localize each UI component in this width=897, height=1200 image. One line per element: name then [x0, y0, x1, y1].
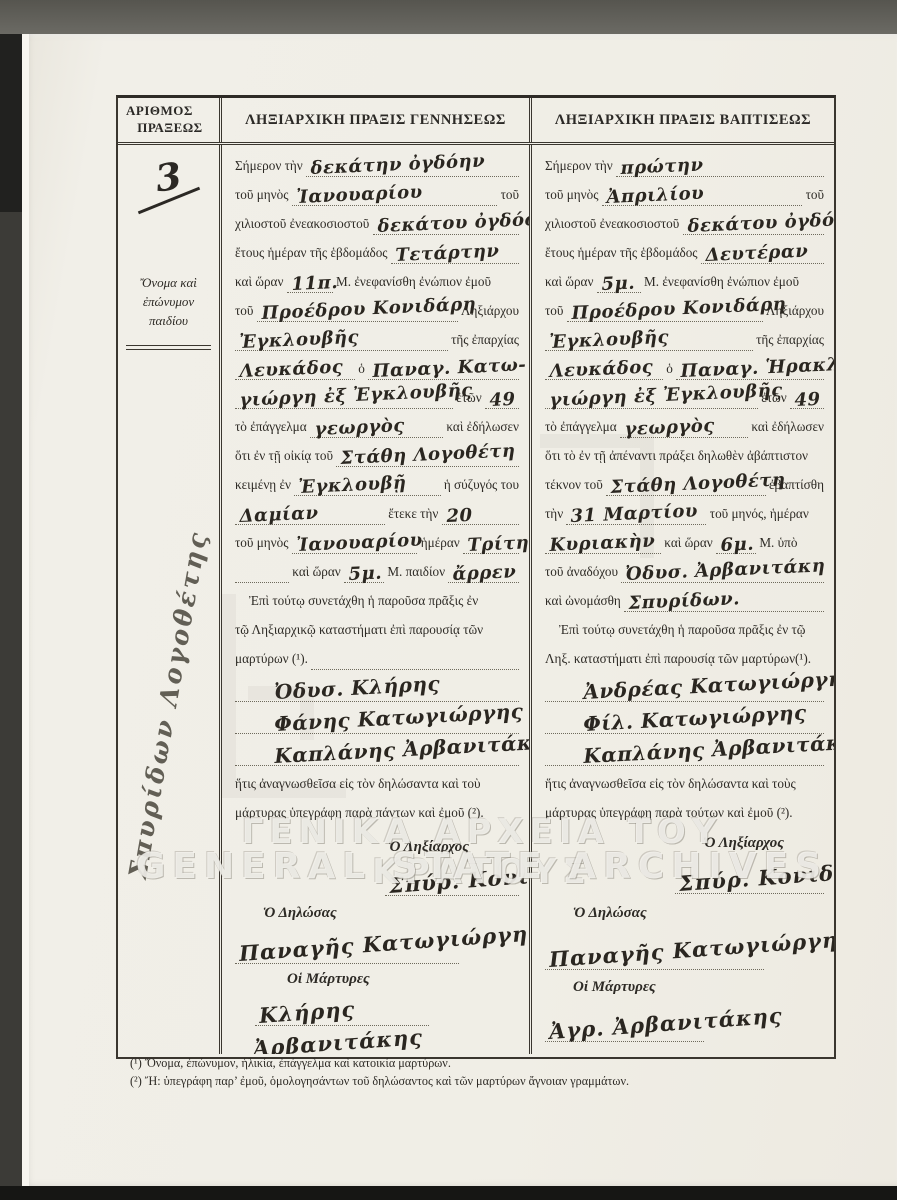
- form-line: Ἀνδρέας Κατωγιώργης: [545, 670, 824, 702]
- printed-text: ἔτους ἡμέραν τῆς ἑβδομάδος: [235, 246, 391, 264]
- handwriting: Κυριακὴν: [549, 530, 656, 556]
- handwriting: Ἀπριλίου: [606, 183, 704, 208]
- handwritten-entry: πρώτην: [616, 148, 824, 177]
- form-line: καὶ ὥραν 5μ. Μ. ἐνεφανίσθη ἐνώπιον ἐμοῦ: [545, 264, 824, 293]
- form-line: Ὁ Δηλώσας: [545, 894, 824, 926]
- handwriting: Παναγῆς Κατωγιώργης: [238, 920, 529, 966]
- form-line: τὸ ἐπάγγελμα γεωργὸς καὶ ἐδήλωσεν: [235, 409, 519, 438]
- printed-text: καὶ ἐδήλωσεν: [748, 420, 824, 438]
- handwritten-entry: 11π.: [287, 264, 333, 293]
- handwritten-entry: 49: [790, 380, 824, 409]
- printed-text: καὶ ὥραν: [235, 275, 287, 293]
- handwritten-entry: Ἐγκλουβῇ: [294, 467, 440, 496]
- printed-text: μάρτυρας ὑπεγράφη παρὰ τούτων καὶ ἐμοῦ (…: [545, 806, 793, 824]
- printed-text: τῆς ἐπαρχίας: [448, 333, 519, 351]
- form-line: Οἱ Μάρτυρες: [235, 964, 519, 992]
- form-line: Ὁ Ληξίαρχος: [545, 824, 824, 856]
- form-line: Ὁ Δηλώσας: [235, 896, 519, 926]
- form-line: Λευκάδος ὁ Παναγ. Ἡρακλῆ Κατω-: [545, 351, 824, 380]
- handwriting: 5μ.: [601, 273, 635, 295]
- handwritten-entry: Κυριακὴν: [545, 525, 661, 554]
- form-line: τοῦ μηνὸς Ἰανουαρίου τοῦ: [235, 177, 519, 206]
- handwritten-entry: 5μ.: [597, 264, 641, 293]
- form-line: Παναγῆς Κατωγιώργης: [545, 926, 824, 970]
- handwritten-entry: Ἀπριλίου: [602, 177, 803, 206]
- form-line: χιλιοστοῦ ἐνεακοσιοστοῦ δεκάτου ὀγδόου: [545, 206, 824, 235]
- handwritten-entry: Ἰανουαρίου: [292, 525, 418, 554]
- handwriting: Δευτέραν: [705, 241, 809, 266]
- form-line: τοῦ ἀναδόχου Ὀδυσ. Ἀρβανιτάκη: [545, 554, 824, 583]
- handwritten-entry: γιώργη ἐξ Ἐγκλουβῆς: [545, 380, 758, 409]
- blank-dotted-line: [545, 1042, 714, 1054]
- form-line: τοῦ Προέδρου Κονιδάρη Ληξιάρχου: [235, 293, 519, 322]
- handwriting: δεκάτου ὀγδόου: [687, 208, 834, 237]
- form-line: χιλιοστοῦ ἐνεακοσιοστοῦ δεκάτου ὀγδόου: [235, 206, 519, 235]
- form-line: καὶ ὥραν 5μ. Μ. παιδίον ἄρρεν: [235, 554, 519, 583]
- handwriting: γεωργὸς: [314, 415, 405, 440]
- handwritten-entry: Κλήρης: [255, 992, 429, 1026]
- printed-text: τοῦ ἀναδόχου: [545, 565, 621, 583]
- child-name-label: Ὄνομα καὶ ἐπώνυμον παιδίου: [118, 274, 219, 331]
- printed-text: καὶ ὠνομάσθη: [545, 594, 624, 612]
- handwriting: Ἐγκλουβῆς: [239, 327, 359, 353]
- form-line: τὸ ἐπάγγελμα γεωργὸς καὶ ἐδήλωσεν: [545, 409, 824, 438]
- handwritten-entry: 20: [442, 496, 519, 525]
- baptism-act-column: Σήμερον τὴν πρώτηντοῦ μηνὸς Ἀπριλίου τοῦ…: [529, 145, 834, 1054]
- blank-dotted-line: [235, 554, 289, 583]
- handwritten-entry: Προέδρου Κονιδάρη: [567, 293, 764, 322]
- handwritten-entry: 31 Μαρτίου: [566, 496, 706, 525]
- handwritten-entry: Φίλ. Κατωγιώργης: [545, 702, 824, 734]
- handwritten-entry: Τετάρτην: [391, 235, 519, 264]
- handwritten-entry: Ἀγρ. Ἀρβανιτάκης: [545, 1000, 704, 1042]
- form-line: Λευκάδος ὁ Παναγ. Κατω-: [235, 351, 519, 380]
- handwriting: Ἀνδρέας Κατωγιώργης: [583, 666, 834, 704]
- act-number-header: ΑΡΙΘΜΟΣ ΠΡΑΞΕΩΣ: [118, 98, 219, 142]
- handwriting: Φίλ. Κατωγιώργης: [583, 700, 807, 736]
- form-line: ἔτους ἡμέραν τῆς ἑβδομάδος Δευτέραν: [545, 235, 824, 264]
- form-line: καὶ ὠνομάσθη Σπυρίδων.: [545, 583, 824, 612]
- printed-text: τοῦ μηνὸς: [235, 536, 292, 554]
- printed-text: ἡ σύζυγός του: [441, 478, 519, 496]
- printed-text: ἥτις ἀναγνωσθεῖσα εἰς τὸν δηλώσαντα καὶ …: [545, 777, 796, 795]
- printed-text: τοῦ μηνὸς: [235, 188, 292, 206]
- form-line: Ληξ. καταστήματι ἐπὶ παρουσίᾳ τῶν μαρτύρ…: [545, 641, 824, 670]
- printed-text: τοῦ: [802, 188, 824, 206]
- handwriting: Προέδρου Κονιδάρη: [571, 294, 787, 324]
- handwritten-entry: Φάνης Κατωγιώργης: [235, 702, 519, 734]
- printed-text: Σήμερον τὴν: [545, 159, 616, 177]
- handwriting: Στάθη Λογοθέτη: [340, 440, 516, 469]
- printed-text: τοῦ: [497, 188, 519, 206]
- form-line: Ἀγρ. Ἀρβανιτάκης: [545, 1000, 824, 1042]
- form-line: Σήμερον τὴν πρώτην: [545, 148, 824, 177]
- birth-act-column: Σήμερον τὴν δεκάτην ὀγδόηντοῦ μηνὸς Ἰανο…: [219, 145, 529, 1054]
- handwritten-entry: δεκάτην ὀγδόην: [306, 148, 519, 177]
- handwritten-entry: Παναγῆς Κατωγιώργης: [545, 926, 764, 970]
- printed-text: ἥτις ἀναγνωσθεῖσα εἰς τὸν δηλώσαντα καὶ …: [235, 777, 480, 795]
- handwritten-entry: Σπυρίδων.: [624, 583, 824, 612]
- handwritten-entry: Παναγ. Κατω-: [368, 351, 519, 380]
- handwriting: Φάνης Κατωγιώργης: [273, 699, 523, 736]
- form-line: τοῦ Προέδρου Κονιδάρη Ληξιάρχου: [545, 293, 824, 322]
- handwriting: Παναγ. Κατω-: [372, 354, 527, 382]
- printed-text: Ὁ Δηλώσας: [573, 905, 647, 927]
- handwriting: Ἐγκλουβῆς: [549, 327, 669, 353]
- form-line: Δαμίαν ἔτεκε τὴν 20: [235, 496, 519, 525]
- printed-text: χιλιοστοῦ ἐνεακοσιοστοῦ: [235, 217, 373, 235]
- printed-text: κειμένῃ ἐν: [235, 478, 294, 496]
- handwritten-entry: 49: [485, 380, 519, 409]
- handwritten-entry: ἄρρεν: [448, 554, 519, 583]
- printed-text: Σήμερον τὴν: [235, 159, 306, 177]
- handwriting: Ἐγκλουβῇ: [298, 472, 407, 498]
- handwriting: Καπλάνης Ἀρβανιτάκης: [583, 729, 834, 768]
- margin-column: 3 Ὄνομα καὶ ἐπώνυμον παιδίου Σπυρίδων Λο…: [118, 145, 219, 1054]
- handwriting: 11π.: [291, 272, 338, 295]
- form-line: γιώργη ἐξ Ἐγκλουβῆς ἐτῶν 49: [235, 380, 519, 409]
- handwriting: 20: [446, 505, 473, 527]
- handwriting: Τετάρτην: [395, 240, 500, 266]
- form-line: Ἐπὶ τούτῳ συνετάχθη ἡ παροῦσα πρᾶξις ἐν …: [545, 612, 824, 641]
- handwriting: Παναγῆς Κατωγιώργης: [548, 926, 834, 972]
- form-line: Καπλάνης Ἀρβανιτάκης: [235, 734, 519, 766]
- handwritten-entry: Ἐγκλουβῆς: [235, 322, 448, 351]
- handwriting: πρώτην: [620, 154, 704, 179]
- printed-text: μαρτύρων (¹).: [235, 652, 311, 670]
- handwritten-entry: δεκάτου ὀγδόου: [683, 206, 824, 235]
- printed-text: τοῦ: [235, 304, 257, 322]
- birth-act-title: ΛΗΞΙΑΡΧΙΚΗ ΠΡΑΞΙΣ ΓΕΝΝΗΣΕΩΣ: [219, 98, 529, 142]
- handwriting: Καπλάνης Ἀρβανιτάκης: [273, 729, 529, 768]
- scanned-registry-page: { "document": { "columns": { "number_hea…: [0, 0, 897, 1200]
- footnote-2: (²) Ἤ: ὑπεγράφη παρ’ ἐμοῦ, ὁμολογησάντων…: [130, 1074, 897, 1089]
- printed-text: τὸ ἐπάγγελμα: [545, 420, 620, 438]
- handwritten-entry: Ὀδυσ. Κλήρης: [235, 670, 519, 702]
- form-line: Κλήρης: [235, 992, 519, 1026]
- handwritten-entry: Ἀρβανιτάκης: [249, 1026, 449, 1054]
- child-name-vertical-handwriting: Σπυρίδων Λογοθέτης: [100, 397, 236, 1013]
- form-line: τέκνον τοῦ Στάθη Λογοθέτη ἐβαπτίσθη: [545, 467, 824, 496]
- form-line: Ὀδυσ. Κλήρης: [235, 670, 519, 702]
- handwritten-entry: Δαμίαν: [235, 496, 385, 525]
- form-line: Σπύρ. Κονιδάρης: [545, 856, 824, 894]
- form-line: τοῦ μηνὸς Ἰανουαρίου ἡμέραν Τρίτην: [235, 525, 519, 554]
- handwriting: 49: [489, 389, 516, 411]
- handwritten-entry: Σπύρ. Κονιδάρης: [675, 856, 824, 894]
- form-line: Σήμερον τὴν δεκάτην ὀγδόην: [235, 148, 519, 177]
- handwriting: Λευκάδος: [549, 356, 654, 382]
- handwritten-entry: Τρίτην: [463, 525, 519, 554]
- printed-text: τὴν: [545, 507, 566, 525]
- handwritten-entry: γεωργὸς: [620, 409, 748, 438]
- form-line: [545, 1042, 824, 1054]
- handwriting: γεωργὸς: [624, 415, 715, 440]
- form-line: Καπλάνης Ἀρβανιτάκης: [545, 734, 824, 766]
- handwritten-entry: 6μ.: [716, 525, 756, 554]
- form-line: τῷ Ληξιαρχικῷ καταστήματι ἐπὶ παρουσίᾳ τ…: [235, 612, 519, 641]
- baptism-act-title: ΛΗΞΙΑΡΧΙΚΗ ΠΡΑΞΙΣ ΒΑΠΤΙΣΕΩΣ: [529, 98, 834, 142]
- table-body-row: 3 Ὄνομα καὶ ἐπώνυμον παιδίου Σπυρίδων Λο…: [118, 145, 834, 1054]
- printed-text: καὶ ὥραν: [545, 275, 597, 293]
- handwriting: Προέδρου Κονιδάρη: [261, 294, 477, 324]
- form-line: Ἀρβανιτάκης: [235, 1026, 519, 1054]
- form-line: Κυριακὴν καὶ ὥραν 6μ. Μ. ὑπὸ: [545, 525, 824, 554]
- printed-text: ὅτι τὸ ἐν τῇ ἀπέναντι πράξει δηλωθὲν ἀβά…: [545, 449, 808, 467]
- printed-text: Ὁ Δηλώσας: [263, 905, 337, 927]
- handwritten-entry: Στάθη Λογοθέτη: [606, 467, 766, 496]
- printed-text: Οἱ Μάρτυρες: [287, 971, 370, 993]
- form-line: Οἱ Μάρτυρες: [545, 970, 824, 1000]
- printed-text: Οἱ Μάρτυρες: [573, 979, 656, 1001]
- handwriting: γιώργη ἐξ Ἐγκλουβῆς: [239, 380, 473, 411]
- printed-text: Ἐπὶ τούτῳ συνετάχθη ἡ παροῦσα πρᾶξις ἐν: [249, 594, 478, 612]
- printed-text: Μ. ὑπὸ: [756, 536, 797, 554]
- handwritten-entry: γεωργὸς: [310, 409, 443, 438]
- printed-text: ἔτεκε τὴν: [385, 507, 442, 525]
- handwriting: Λευκάδος: [239, 356, 344, 382]
- handwriting: Στάθη Λογοθέτη: [610, 469, 786, 498]
- printed-text: καὶ ὥραν: [661, 536, 716, 554]
- handwritten-entry: Στάθη Λογοθέτη: [336, 438, 519, 467]
- form-line: ὅτι τὸ ἐν τῇ ἀπέναντι πράξει δηλωθὲν ἀβά…: [545, 438, 824, 467]
- form-line: μάρτυρας ὑπεγράφη παρὰ τούτων καὶ ἐμοῦ (…: [545, 795, 824, 824]
- handwriting: 49: [794, 389, 821, 411]
- handwritten-entry: Δευτέραν: [701, 235, 824, 264]
- handwriting: Σπύρ. Κονιδάρης: [678, 856, 834, 896]
- printed-text: καὶ ὥραν: [289, 565, 344, 583]
- printed-text: ἡμέραν: [417, 536, 463, 554]
- handwriting: γιώργη ἐξ Ἐγκλουβῆς: [549, 380, 783, 411]
- margin-divider: [126, 345, 211, 350]
- form-line: μαρτύρων (¹).: [235, 641, 519, 670]
- printed-text: μάρτυρας ὑπεγράφη παρὰ πάντων καὶ ἐμοῦ (…: [235, 806, 484, 824]
- form-line: ἥτις ἀναγνωσθεῖσα εἰς τὸν δηλώσαντα καὶ …: [235, 766, 519, 795]
- handwriting: Ἰανουαρίου: [296, 182, 423, 208]
- handwritten-entry: Ἐγκλουβῆς: [545, 322, 753, 351]
- handwritten-entry: Λευκάδος: [235, 351, 355, 380]
- handwriting: ἄρρεν: [452, 561, 517, 585]
- document-paper: ΑΡΙΘΜΟΣ ΠΡΑΞΕΩΣ ΛΗΞΙΑΡΧΙΚΗ ΠΡΑΞΙΣ ΓΕΝΝΗΣ…: [22, 34, 897, 1186]
- printed-text: τοῦ μηνὸς: [545, 188, 602, 206]
- form-line: ὅτι ἐν τῇ οἰκίᾳ τοῦ Στάθη Λογοθέτη: [235, 438, 519, 467]
- footnote-1: (¹) Ὄνομα, ἐπώνυμον, ἡλικία, ἐπάγγελμα κ…: [130, 1056, 897, 1071]
- handwritten-entry: Καπλάνης Ἀρβανιτάκης: [235, 734, 519, 766]
- printed-text: τὸ ἐπάγγελμα: [235, 420, 310, 438]
- handwritten-entry: Σπύρ. Κονιδάρης: [385, 860, 519, 896]
- handwriting: Ἀρβανιτάκης: [252, 1024, 424, 1054]
- printed-text: τῷ Ληξιαρχικῷ καταστήματι ἐπὶ παρουσίᾳ τ…: [235, 623, 483, 641]
- printed-text: ὅτι ἐν τῇ οἰκίᾳ τοῦ: [235, 449, 336, 467]
- form-line: Ἐπὶ τούτῳ συνετάχθη ἡ παροῦσα πρᾶξις ἐν: [235, 583, 519, 612]
- handwriting: Ὀδυσ. Κλήρης: [273, 671, 440, 704]
- handwriting: Παναγ. Ἡρακλῆ Κατω-: [680, 350, 834, 382]
- handwritten-entry: γιώργη ἐξ Ἐγκλουβῆς: [235, 380, 453, 409]
- handwriting: Τρίτην: [467, 532, 529, 556]
- blank-dotted-line: [311, 641, 519, 670]
- printed-text: Ἐπὶ τούτῳ συνετάχθη ἡ παροῦσα πρᾶξις ἐν …: [559, 623, 805, 641]
- form-line: Ἐγκλουβῆς τῆς ἐπαρχίας: [545, 322, 824, 351]
- printed-text: Μ. παιδίον: [384, 565, 448, 583]
- handwriting: Ὀδυσ. Ἀρβανιτάκη: [625, 555, 826, 585]
- handwriting: Δαμίαν: [239, 503, 319, 527]
- handwritten-entry: Καπλάνης Ἀρβανιτάκης: [545, 734, 824, 766]
- form-line: Φίλ. Κατωγιώργης: [545, 702, 824, 734]
- printed-text: ἔτους ἡμέραν τῆς ἑβδομάδος: [545, 246, 701, 264]
- form-line: Παναγῆς Κατωγιώργης: [235, 926, 519, 964]
- handwriting: Κλήρης: [258, 996, 356, 1028]
- scanner-edge-top: [0, 0, 897, 34]
- handwritten-entry: 5μ.: [344, 554, 384, 583]
- paper-edge-highlight: [22, 34, 29, 1186]
- printed-text: ὁ: [355, 362, 368, 380]
- printed-text: Μ. ἐνεφανίσθη ἐνώπιον ἐμοῦ: [641, 275, 799, 293]
- form-line: Φάνης Κατωγιώργης: [235, 702, 519, 734]
- handwriting: δεκάτην ὀγδόην: [310, 150, 485, 179]
- printed-text: τοῦ μηνός, ἡμέραν: [706, 507, 808, 525]
- form-line: μάρτυρας ὑπεγράφη παρὰ πάντων καὶ ἐμοῦ (…: [235, 795, 519, 824]
- handwritten-entry: Προέδρου Κονιδάρη: [257, 293, 459, 322]
- printed-text: Μ. ἐνεφανίσθη ἐνώπιον ἐμοῦ: [333, 275, 491, 293]
- handwriting: 31 Μαρτίου: [571, 500, 699, 527]
- scanner-edge-bottom: [0, 1186, 897, 1200]
- handwritten-entry: Ἰανουαρίου: [292, 177, 498, 206]
- handwritten-entry: Παναγῆς Κατωγιώργης: [235, 926, 459, 964]
- handwriting: Σπύρ. Κονιδάρης: [388, 858, 529, 898]
- handwritten-entry: Λευκάδος: [545, 351, 663, 380]
- handwriting: δεκάτου ὀγδόου: [377, 208, 529, 237]
- printed-text: Ὁ Ληξίαρχος: [703, 835, 784, 857]
- printed-text: Ληξ. καταστήματι ἐπὶ παρουσίᾳ τῶν μαρτύρ…: [545, 652, 811, 670]
- form-line: ἥτις ἀναγνωσθεῖσα εἰς τὸν δηλώσαντα καὶ …: [545, 766, 824, 795]
- printed-text: τῆς ἐπαρχίας: [753, 333, 824, 351]
- printed-text: καὶ ἐδήλωσεν: [443, 420, 519, 438]
- handwriting: Ἀγρ. Ἀρβανιτάκης: [548, 1003, 783, 1044]
- form-line: Ὁ Ληξίαρχος: [235, 824, 519, 860]
- form-line: κειμένῃ ἐν Ἐγκλουβῇ ἡ σύζυγός του: [235, 467, 519, 496]
- handwriting: 6μ.: [720, 534, 754, 556]
- printed-text: Ὁ Ληξίαρχος: [388, 839, 469, 861]
- form-line: τοῦ μηνὸς Ἀπριλίου τοῦ: [545, 177, 824, 206]
- handwritten-entry: δεκάτου ὀγδόου: [373, 206, 519, 235]
- printed-text: ὁ: [663, 362, 676, 380]
- form-line: καὶ ὥραν 11π. Μ. ἐνεφανίσθη ἐνώπιον ἐμοῦ: [235, 264, 519, 293]
- printed-text: τοῦ: [545, 304, 567, 322]
- printed-text: τέκνον τοῦ: [545, 478, 606, 496]
- handwriting: Ἰανουαρίου: [296, 530, 423, 556]
- form-line: ἔτους ἡμέραν τῆς ἑβδομάδος Τετάρτην: [235, 235, 519, 264]
- form-line: Ἐγκλουβῆς τῆς ἐπαρχίας: [235, 322, 519, 351]
- handwritten-entry: Παναγ. Ἡρακλῆ Κατω-: [676, 351, 824, 380]
- registry-table: ΑΡΙΘΜΟΣ ΠΡΑΞΕΩΣ ΛΗΞΙΑΡΧΙΚΗ ΠΡΑΞΙΣ ΓΕΝΝΗΣ…: [116, 95, 836, 1059]
- form-line: γιώργη ἐξ Ἐγκλουβῆς ἐτῶν 49: [545, 380, 824, 409]
- handwriting: Σπυρίδων.: [628, 588, 740, 614]
- handwritten-entry: Ὀδυσ. Ἀρβανιτάκη: [621, 554, 824, 583]
- form-line: Σπύρ. Κονιδάρης: [235, 860, 519, 896]
- printed-text: χιλιοστοῦ ἐνεακοσιοστοῦ: [545, 217, 683, 235]
- handwritten-entry: Ἀνδρέας Κατωγιώργης: [545, 670, 824, 702]
- handwriting: 5μ.: [348, 563, 382, 585]
- form-line: τὴν 31 Μαρτίου τοῦ μηνός, ἡμέραν: [545, 496, 824, 525]
- act-number-value: 3: [115, 148, 221, 206]
- table-header-row: ΑΡΙΘΜΟΣ ΠΡΑΞΕΩΣ ΛΗΞΙΑΡΧΙΚΗ ΠΡΑΞΙΣ ΓΕΝΝΗΣ…: [118, 98, 834, 145]
